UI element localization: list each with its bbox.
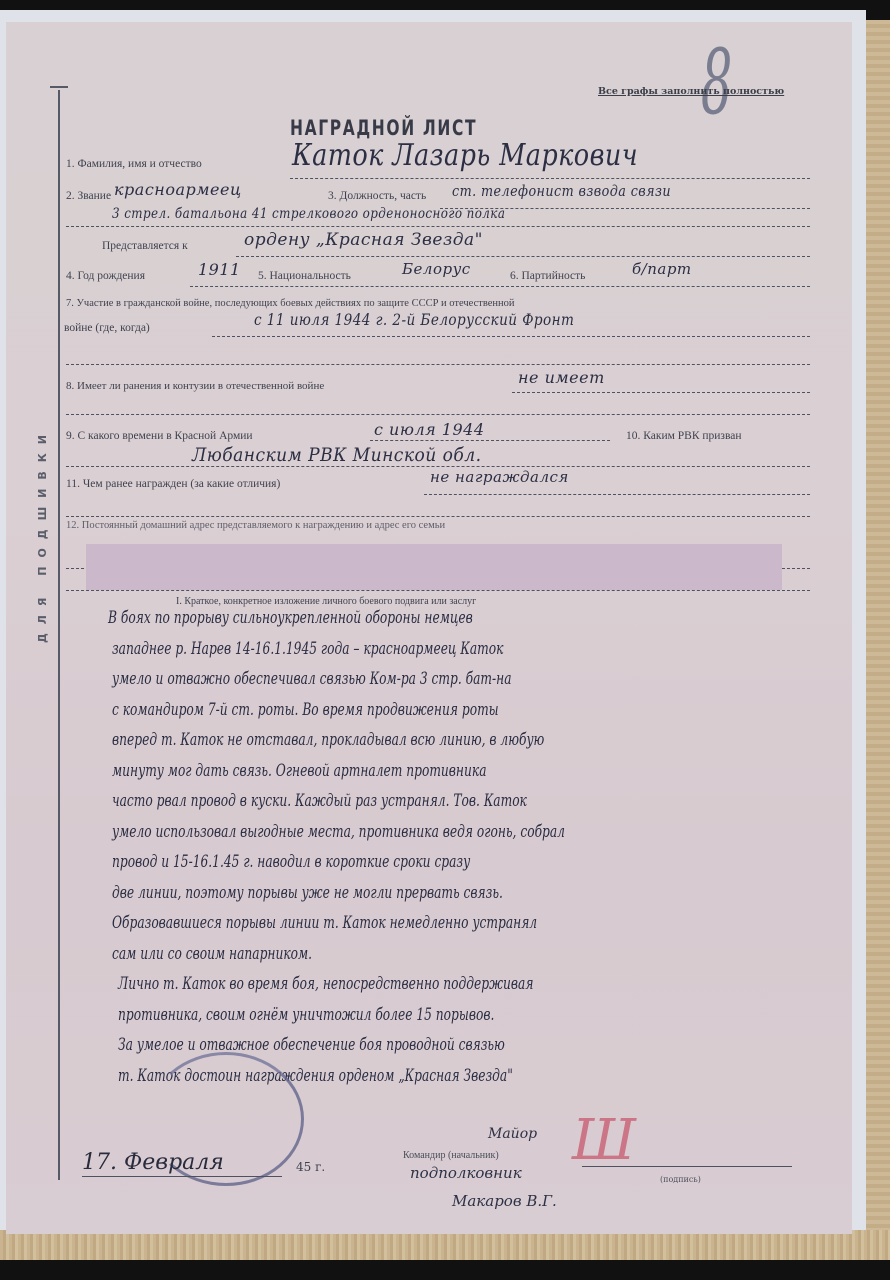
field-5-label: 5. Национальность (258, 270, 351, 282)
field-10-rule (66, 466, 810, 467)
narrative-line: умело и отважно обеспечивал связью Ком-р… (112, 669, 630, 689)
field-7-value: с 11 июля 1944 г. 2-й Белорусский Фронт (254, 310, 574, 329)
narrative-line: вперед т. Каток не отставал, прокладывал… (112, 730, 630, 750)
narrative-heading: I. Краткое, конкретное изложение личного… (176, 596, 476, 607)
narrative-line: минуту мог дать связь. Огневой артналет … (112, 761, 630, 781)
field-8-rule-2 (66, 414, 810, 415)
field-3-value: ст. телефонист взвода связи (452, 182, 671, 200)
field-7-label-cont: войне (где, когда) (64, 322, 150, 334)
date-value: 17. Февраля (82, 1150, 224, 1175)
field-4-label: 4. Год рождения (66, 270, 145, 282)
field-1-rule (290, 178, 810, 179)
field-2-value: красноармеец (114, 180, 242, 199)
nominated-value: ордену „Красная Звезда" (244, 230, 483, 250)
field-10-value: Любанским РВК Минской обл. (192, 444, 481, 466)
narrative-line: часто рвал провод в куски. Каждый раз ус… (112, 791, 630, 811)
narrative-line: умело использовал выгодные места, против… (112, 822, 630, 842)
field-11-rule (424, 494, 810, 495)
field-5-value: Белорус (402, 260, 471, 278)
narrative-line: Образовавшиеся порывы линии т. Каток нем… (112, 913, 630, 933)
field-10-label: 10. Каким РВК призван (626, 430, 742, 442)
binding-margin-line (58, 90, 60, 1180)
field-8-label: 8. Имеет ли ранения и контузии в отечест… (66, 380, 324, 392)
page-number: 8 (701, 30, 732, 135)
signature-caption: (подпись) (660, 1175, 701, 1184)
field-9-label: 9. С какого времени в Красной Армии (66, 430, 253, 442)
field-7-label: 7. Участие в гражданской войне, последую… (66, 298, 515, 309)
field-11-value: не награждался (430, 468, 569, 486)
narrative-line: провод и 15-16.1.45 г. наводил в коротки… (112, 852, 630, 872)
field-9-value: с июля 1944 (374, 420, 485, 439)
field-4-value: 1911 (198, 260, 241, 279)
commander-name: Макаров В.Г. (452, 1192, 557, 1210)
narrative-line: Лично т. Каток во время боя, непосредств… (118, 974, 636, 994)
narrative-line: противника, своим огнём уничтожил более … (118, 1005, 636, 1025)
field-9-rule (370, 440, 610, 441)
field-11-label: 11. Чем ранее награжден (за какие отличи… (66, 478, 280, 490)
field-12-label: 12. Постоянный домашний адрес представля… (66, 520, 445, 531)
nominated-rule (236, 256, 810, 257)
field-4-6-rule (190, 286, 810, 287)
instruction-text: Все графы заполнить полностью (598, 86, 784, 97)
narrative-line: В боях по прорыву сильноукрепленной обор… (108, 608, 626, 628)
field-8-rule (512, 392, 810, 393)
narrative-line: За умелое и отважное обеспечение боя про… (118, 1035, 636, 1055)
commander-unit: подполковник (410, 1164, 522, 1182)
red-signature: Ш (572, 1108, 632, 1173)
address-redaction (86, 544, 782, 590)
narrative-line: две линии, поэтому порывы уже не могли п… (112, 883, 630, 903)
commander-label: Командир (начальник) (403, 1150, 499, 1161)
field-7-rule (212, 336, 810, 337)
field-1-value: Каток Лазарь Маркович (292, 138, 638, 173)
field-7-rule-2 (66, 364, 810, 365)
margin-mark (50, 86, 68, 88)
narrative-line: сам или со своим напарником. (112, 944, 630, 964)
field-3-label: 3. Должность, часть (328, 190, 426, 202)
wooden-surface (862, 20, 890, 1260)
narrative-line: западнее р. Нарев 14-16.1.1945 года – кр… (112, 639, 630, 659)
field-3-value-cont: 3 стрел. батальона 41 стрелкового ордено… (112, 206, 505, 222)
field-6-label: 6. Партийность (510, 270, 585, 282)
commander-rank: Майор (488, 1126, 537, 1142)
field-8-value: не имеет (518, 368, 605, 387)
field-2-label: 2. Звание (66, 190, 111, 202)
field-12-rule-2 (66, 590, 810, 591)
narrative-line: с командиром 7-й ст. роты. Во время прод… (112, 700, 630, 720)
field-11-rule-2 (66, 516, 810, 517)
binding-margin-label: ДЛЯ ПОДШИВКИ (36, 400, 56, 670)
field-1-label: 1. Фамилия, имя и отчество (66, 158, 202, 170)
field-3-rule-2 (66, 226, 810, 227)
field-6-value: б/парт (632, 260, 692, 278)
document-title: НАГРАДНОЙ ЛИСТ (290, 116, 477, 140)
nominated-label: Представляется к (102, 240, 188, 252)
wooden-surface-bottom (0, 1230, 890, 1260)
date-rule (82, 1176, 282, 1177)
year-suffix: 45 г. (296, 1160, 325, 1174)
